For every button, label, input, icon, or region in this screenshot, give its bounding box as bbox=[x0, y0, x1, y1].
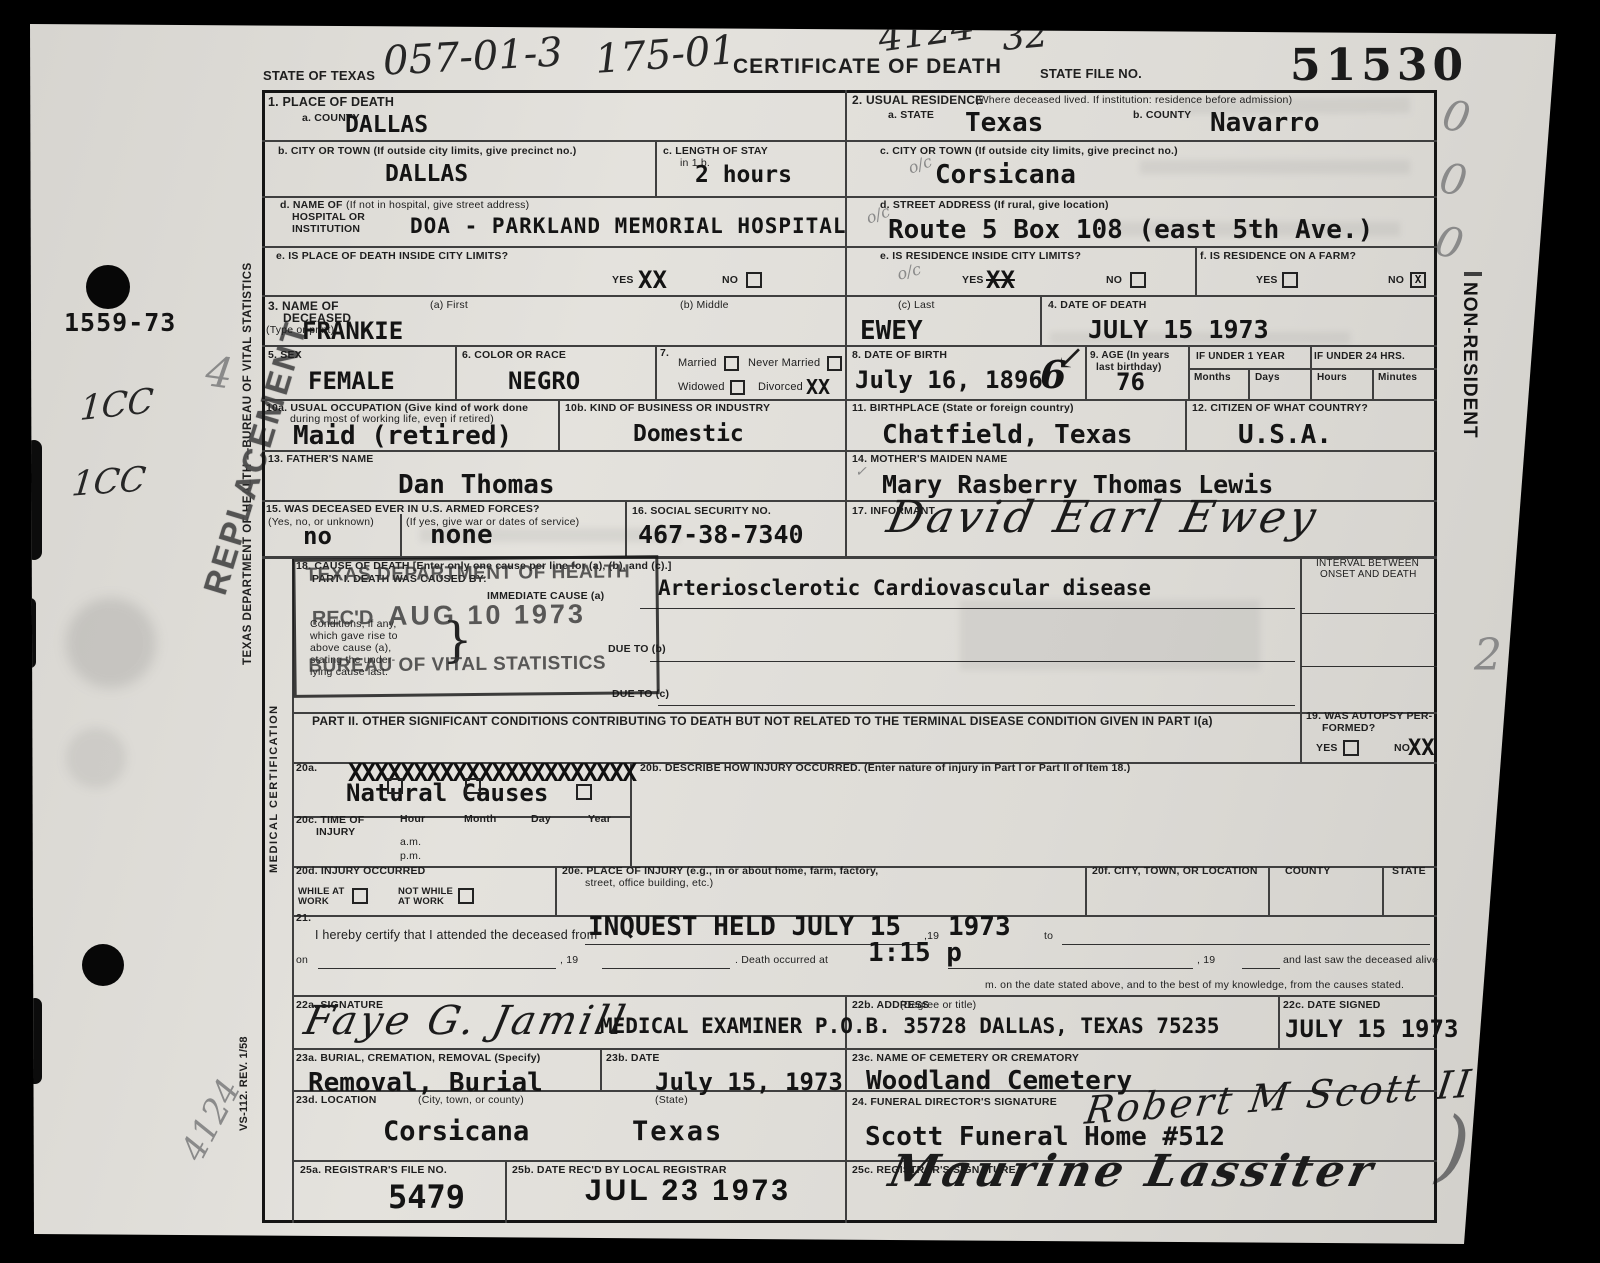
registrar-signature: Maurine Lassiter bbox=[885, 1146, 1381, 1197]
certify-to: to bbox=[1044, 930, 1053, 942]
birthplace-label: 11. BIRTHPLACE (State or foreign country… bbox=[852, 402, 1074, 414]
certify-line3: m. on the date stated above, and to the … bbox=[985, 979, 1404, 991]
registrar-file-label: 25a. REGISTRAR'S FILE NO. bbox=[300, 1164, 447, 1176]
residence-city-value: Corsicana bbox=[935, 160, 1076, 190]
armed-forces-value2: none bbox=[430, 520, 493, 550]
divorced-mark: XX bbox=[806, 375, 830, 399]
birthplace-value: Chatfield, Texas bbox=[882, 420, 1132, 450]
interval-label2: ONSET AND DEATH bbox=[1320, 569, 1417, 580]
smudge bbox=[66, 598, 156, 688]
autopsy-no-mark: XX bbox=[1408, 736, 1435, 761]
registrar-date-stamp: JUL 23 1973 bbox=[585, 1174, 791, 1208]
race-label: 6. COLOR OR RACE bbox=[462, 349, 566, 361]
usual-residence-label: 2. USUAL RESIDENCE bbox=[852, 93, 983, 107]
pm-label: p.m. bbox=[400, 850, 421, 862]
pencil-4: 4 bbox=[203, 346, 236, 398]
received-stamp-line3: BUREAU OF VITAL STATISTICS bbox=[308, 653, 606, 678]
punch-hole bbox=[86, 265, 130, 309]
date-signed-label: 22c. DATE SIGNED bbox=[1283, 999, 1381, 1011]
certify-line1: I hereby certify that I attended the dec… bbox=[315, 928, 597, 942]
accident-checkbox bbox=[387, 778, 403, 794]
handwritten-1cc: 1CC bbox=[79, 381, 155, 429]
funeral-director-label: 24. FUNERAL DIRECTOR'S SIGNATURE bbox=[852, 1096, 1057, 1108]
last-name-value: EWEY bbox=[860, 316, 923, 346]
father-label: 13. FATHER'S NAME bbox=[268, 453, 373, 465]
dob-pencil-correction: 6 bbox=[1040, 352, 1066, 397]
handwritten-32-top: 32 bbox=[1000, 14, 1049, 59]
death-city-limits-no-checkbox bbox=[746, 272, 762, 288]
interval-label1: INTERVAL BETWEEN bbox=[1316, 558, 1419, 569]
smudge bbox=[66, 728, 126, 788]
months-label: Months bbox=[1194, 372, 1231, 383]
certify-number: 21. bbox=[296, 912, 311, 924]
length-of-stay-label: c. LENGTH OF STAY bbox=[663, 145, 768, 157]
hospital-label: d. NAME OF bbox=[280, 199, 343, 211]
injury-occurred-label: 20d. INJURY OCCURRED bbox=[296, 865, 425, 877]
ink-mark bbox=[26, 440, 42, 560]
sex-value: FEMALE bbox=[308, 367, 395, 395]
state-file-number: 51530 bbox=[1290, 40, 1468, 91]
industry-label: 10b. KIND OF BUSINESS OR INDUSTRY bbox=[565, 402, 770, 414]
not-while-at-work-checkbox bbox=[458, 888, 474, 904]
hours-label: Hours bbox=[1317, 372, 1347, 383]
state-file-no-label: STATE FILE NO. bbox=[1040, 66, 1142, 81]
burial-location-label: 23d. LOCATION bbox=[296, 1094, 377, 1106]
ink-mark bbox=[24, 598, 36, 668]
pencil-zero: 0 bbox=[1438, 90, 1474, 143]
citizen-value: U.S.A. bbox=[1238, 420, 1332, 450]
residence-state-label: a. STATE bbox=[888, 109, 934, 121]
res-city-limits-yes: YES bbox=[962, 274, 984, 286]
age-label1: 9. AGE (In years bbox=[1090, 350, 1170, 361]
never-married-label: Never Married bbox=[748, 357, 820, 369]
registrar-file-value: 5479 bbox=[388, 1178, 465, 1216]
autopsy-label1: 19. WAS AUTOPSY PER- bbox=[1306, 710, 1432, 722]
sex-label: 5. SEX bbox=[268, 349, 302, 361]
farm-no: NO bbox=[1388, 274, 1404, 286]
burial-location-sub2: (State) bbox=[655, 1094, 688, 1106]
divorced-label: Divorced bbox=[758, 381, 803, 393]
first-name-label: (a) First bbox=[430, 299, 468, 311]
received-stamp-line1: TEXAS DEPARTMENT OF HEALTH bbox=[305, 561, 630, 586]
street-address-label: d. STREET ADDRESS (If rural, give locati… bbox=[880, 199, 1109, 211]
at-work-label: AT WORK bbox=[398, 896, 444, 907]
hospital-value: DOA - PARKLAND MEMORIAL HOSPITAL bbox=[410, 214, 847, 238]
under-24-hrs-label: IF UNDER 24 HRS. bbox=[1314, 351, 1405, 362]
injury-state-label: STATE bbox=[1392, 865, 1426, 877]
handwritten-1cc: 1CC bbox=[70, 459, 148, 505]
autopsy-label2: FORMED? bbox=[1322, 722, 1375, 734]
hospital-paren: (If not in hospital, give street address… bbox=[346, 199, 529, 211]
injury-place-label2: street, office building, etc.) bbox=[585, 877, 713, 889]
burial-location-sub1: (City, town, or county) bbox=[418, 1094, 524, 1106]
state-of-texas-label: STATE OF TEXAS bbox=[263, 68, 375, 83]
death-city-limits-no: NO bbox=[722, 274, 738, 286]
middle-name-label: (b) Middle bbox=[680, 299, 729, 311]
age-value: 76 bbox=[1116, 368, 1145, 396]
am-label: a.m. bbox=[400, 836, 421, 848]
hour-label: Hour bbox=[400, 813, 425, 825]
occupation-value: Maid (retired) bbox=[293, 421, 512, 451]
form-code-vertical: VS-112. REV. 1/58 bbox=[238, 996, 250, 1131]
death-city-limits-yes-mark: XX bbox=[638, 266, 667, 294]
year-label: Year bbox=[588, 813, 611, 825]
pencil-2: 2 bbox=[1474, 630, 1502, 681]
hospital-label3: INSTITUTION bbox=[292, 223, 360, 235]
cemetery-label: 23c. NAME OF CEMETERY OR CREMATORY bbox=[852, 1052, 1079, 1064]
ssn-label: 16. SOCIAL SECURITY NO. bbox=[632, 505, 771, 517]
certificate-paper: TEXAS DEPARTMENT OF HEALTH —BUREAU OF VI… bbox=[0, 0, 1600, 1263]
residence-county-label: b. COUNTY bbox=[1133, 109, 1191, 121]
date-of-death-value: JULY 15 1973 bbox=[1088, 315, 1269, 344]
autopsy-yes: YES bbox=[1316, 742, 1338, 754]
pencil-check: ✓ bbox=[855, 464, 867, 480]
industry-value: Domestic bbox=[633, 421, 744, 447]
burial-location-city: Corsicana bbox=[383, 1116, 529, 1147]
address22-label: 22b. ADDRESS bbox=[852, 999, 929, 1011]
date-signed-value: JULY 15 1973 bbox=[1285, 1015, 1458, 1043]
handwritten-4124-top: 4124 bbox=[875, 3, 977, 60]
residence-county-value: Navarro bbox=[1210, 108, 1320, 138]
city-value: DALLAS bbox=[385, 161, 468, 187]
injury-how-label: 20b. DESCRIBE HOW INJURY OCCURRED. (Ente… bbox=[640, 762, 1130, 774]
first-name-value: FRANKIE bbox=[302, 317, 403, 345]
accident-checkbox bbox=[576, 784, 592, 800]
farm-label: f. IS RESIDENCE ON A FARM? bbox=[1200, 250, 1356, 262]
accident-value: Natural Causes bbox=[346, 779, 548, 807]
received-stamp-date: AUG 10 1973 bbox=[388, 599, 586, 632]
burial-label: 23a. BURIAL, CREMATION, REMOVAL (Specify… bbox=[296, 1052, 540, 1064]
city-label: b. CITY OR TOWN (If outside city limits,… bbox=[278, 145, 576, 157]
pencil-paren: ) bbox=[1433, 1099, 1474, 1195]
month-label: Month bbox=[464, 813, 497, 825]
certify-death-occurred: . Death occurred at bbox=[735, 954, 828, 966]
ssn-value: 467-38-7340 bbox=[638, 520, 804, 549]
widowed-checkbox bbox=[730, 380, 745, 395]
autopsy-yes-checkbox bbox=[1343, 740, 1359, 756]
medical-examiner-typed: MEDICAL EXAMINER P.O.B. 35728 DALLAS, TE… bbox=[600, 1014, 1220, 1038]
married-label: Married bbox=[678, 357, 717, 369]
certificate-title: CERTIFICATE OF DEATH bbox=[733, 55, 1002, 79]
farm-yes: YES bbox=[1256, 274, 1278, 286]
ink-blob bbox=[1493, 1032, 1530, 1067]
date-of-death-label: 4. DATE OF DEATH bbox=[1048, 299, 1146, 311]
certify-last-saw: and last saw the deceased alive bbox=[1283, 954, 1438, 966]
pencil-zero: 0 bbox=[1436, 153, 1471, 206]
received-stamp-recd: REC'D bbox=[312, 607, 374, 631]
received-stamp: TEXAS DEPARTMENT OF HEALTH REC'D AUG 10 … bbox=[292, 555, 659, 698]
certify-19a: , 19 bbox=[560, 954, 578, 966]
father-value: Dan Thomas bbox=[398, 470, 555, 500]
mother-label: 14. MOTHER'S MAIDEN NAME bbox=[852, 453, 1007, 465]
under-1-year-label: IF UNDER 1 YEAR bbox=[1196, 351, 1285, 362]
work-label: WORK bbox=[298, 896, 329, 907]
farm-yes-checkbox bbox=[1282, 272, 1298, 288]
death-time-typed: 1:15 p bbox=[868, 938, 962, 968]
medical-examiner-signature: Faye G. Jamill bbox=[300, 998, 632, 1044]
part2-label: PART II. OTHER SIGNIFICANT CONDITIONS CO… bbox=[312, 714, 1213, 728]
res-city-limits-no: NO bbox=[1106, 274, 1122, 286]
stamp-dash bbox=[1464, 272, 1482, 276]
married-checkbox bbox=[724, 356, 739, 371]
marital-label: 7. bbox=[660, 347, 669, 359]
date-of-birth-label: 8. DATE OF BIRTH bbox=[852, 349, 947, 361]
day-label: Day bbox=[531, 813, 551, 825]
armed-forces-label: 15. WAS DECEASED EVER IN U.S. ARMED FORC… bbox=[266, 503, 540, 515]
length-of-stay-value: 2 hours bbox=[695, 162, 792, 188]
batch-number: 1559-73 bbox=[64, 308, 176, 337]
burial-location-state: Texas bbox=[632, 1116, 723, 1147]
death-city-limits-yes: YES bbox=[612, 274, 634, 286]
citizen-label: 12. CITIZEN OF WHAT COUNTRY? bbox=[1192, 402, 1368, 414]
punch-hole bbox=[82, 944, 124, 986]
ink-mark bbox=[28, 998, 42, 1084]
widowed-label: Widowed bbox=[678, 381, 725, 393]
hospital-label2: HOSPITAL OR bbox=[292, 211, 365, 223]
usual-residence-paren: (Where deceased lived. If institution: r… bbox=[975, 94, 1292, 106]
injury-time-label2: INJURY bbox=[316, 826, 355, 838]
death-city-limits-label: e. IS PLACE OF DEATH INSIDE CITY LIMITS? bbox=[276, 250, 508, 262]
handwritten-code-2: 175-01 bbox=[594, 27, 738, 83]
last-name-label: (c) Last bbox=[898, 299, 935, 311]
injury-time-label1: 20c. TIME OF bbox=[296, 814, 364, 826]
immediate-cause-value: Arteriosclerotic Cardiovascular disease bbox=[658, 576, 1151, 600]
injury-county-label: COUNTY bbox=[1285, 865, 1331, 877]
handwritten-code-1: 057-01-3 bbox=[382, 29, 564, 84]
inquest-typed: INQUEST HELD JULY 15 bbox=[588, 912, 901, 942]
accident-checkbox bbox=[465, 778, 481, 794]
never-married-checkbox bbox=[827, 356, 842, 371]
minutes-label: Minutes bbox=[1378, 372, 1417, 383]
accident-label: 20a. bbox=[296, 762, 317, 774]
armed-forces-value1: no bbox=[303, 522, 332, 550]
county-value: DALLAS bbox=[345, 112, 428, 138]
burial-date-value: July 15, 1973 bbox=[655, 1068, 843, 1096]
farm-no-x: X bbox=[1415, 273, 1422, 286]
street-address-value: Route 5 Box 108 (east 5th Ave.) bbox=[888, 215, 1373, 245]
res-city-limits-yes-mark: XX bbox=[986, 266, 1015, 294]
residence-state-value: Texas bbox=[965, 108, 1043, 138]
injury-location-label: 20f. CITY, TOWN, OR LOCATION bbox=[1092, 865, 1258, 877]
days-label: Days bbox=[1255, 372, 1280, 383]
scanned-death-certificate: TEXAS DEPARTMENT OF HEALTH —BUREAU OF VI… bbox=[0, 0, 1600, 1263]
place-of-death-label: 1. PLACE OF DEATH bbox=[268, 95, 394, 109]
injury-place-label1: 20e. PLACE OF INJURY (e.g., in or about … bbox=[562, 865, 878, 877]
non-resident-stamp: NON-RESIDENT bbox=[1458, 282, 1480, 439]
informant-signature: David Earl Ewey bbox=[883, 492, 1325, 543]
date-of-birth-value: July 16, 1896 bbox=[855, 366, 1043, 394]
burial-date-label: 23b. DATE bbox=[606, 1052, 660, 1064]
while-at-work-checkbox bbox=[352, 888, 368, 904]
res-city-limits-no-checkbox bbox=[1130, 272, 1146, 288]
certify-on: on bbox=[296, 954, 308, 966]
farm-no-checkbox: X bbox=[1410, 272, 1426, 288]
certify-19b: , 19 bbox=[1197, 954, 1215, 966]
race-value: NEGRO bbox=[508, 367, 580, 395]
